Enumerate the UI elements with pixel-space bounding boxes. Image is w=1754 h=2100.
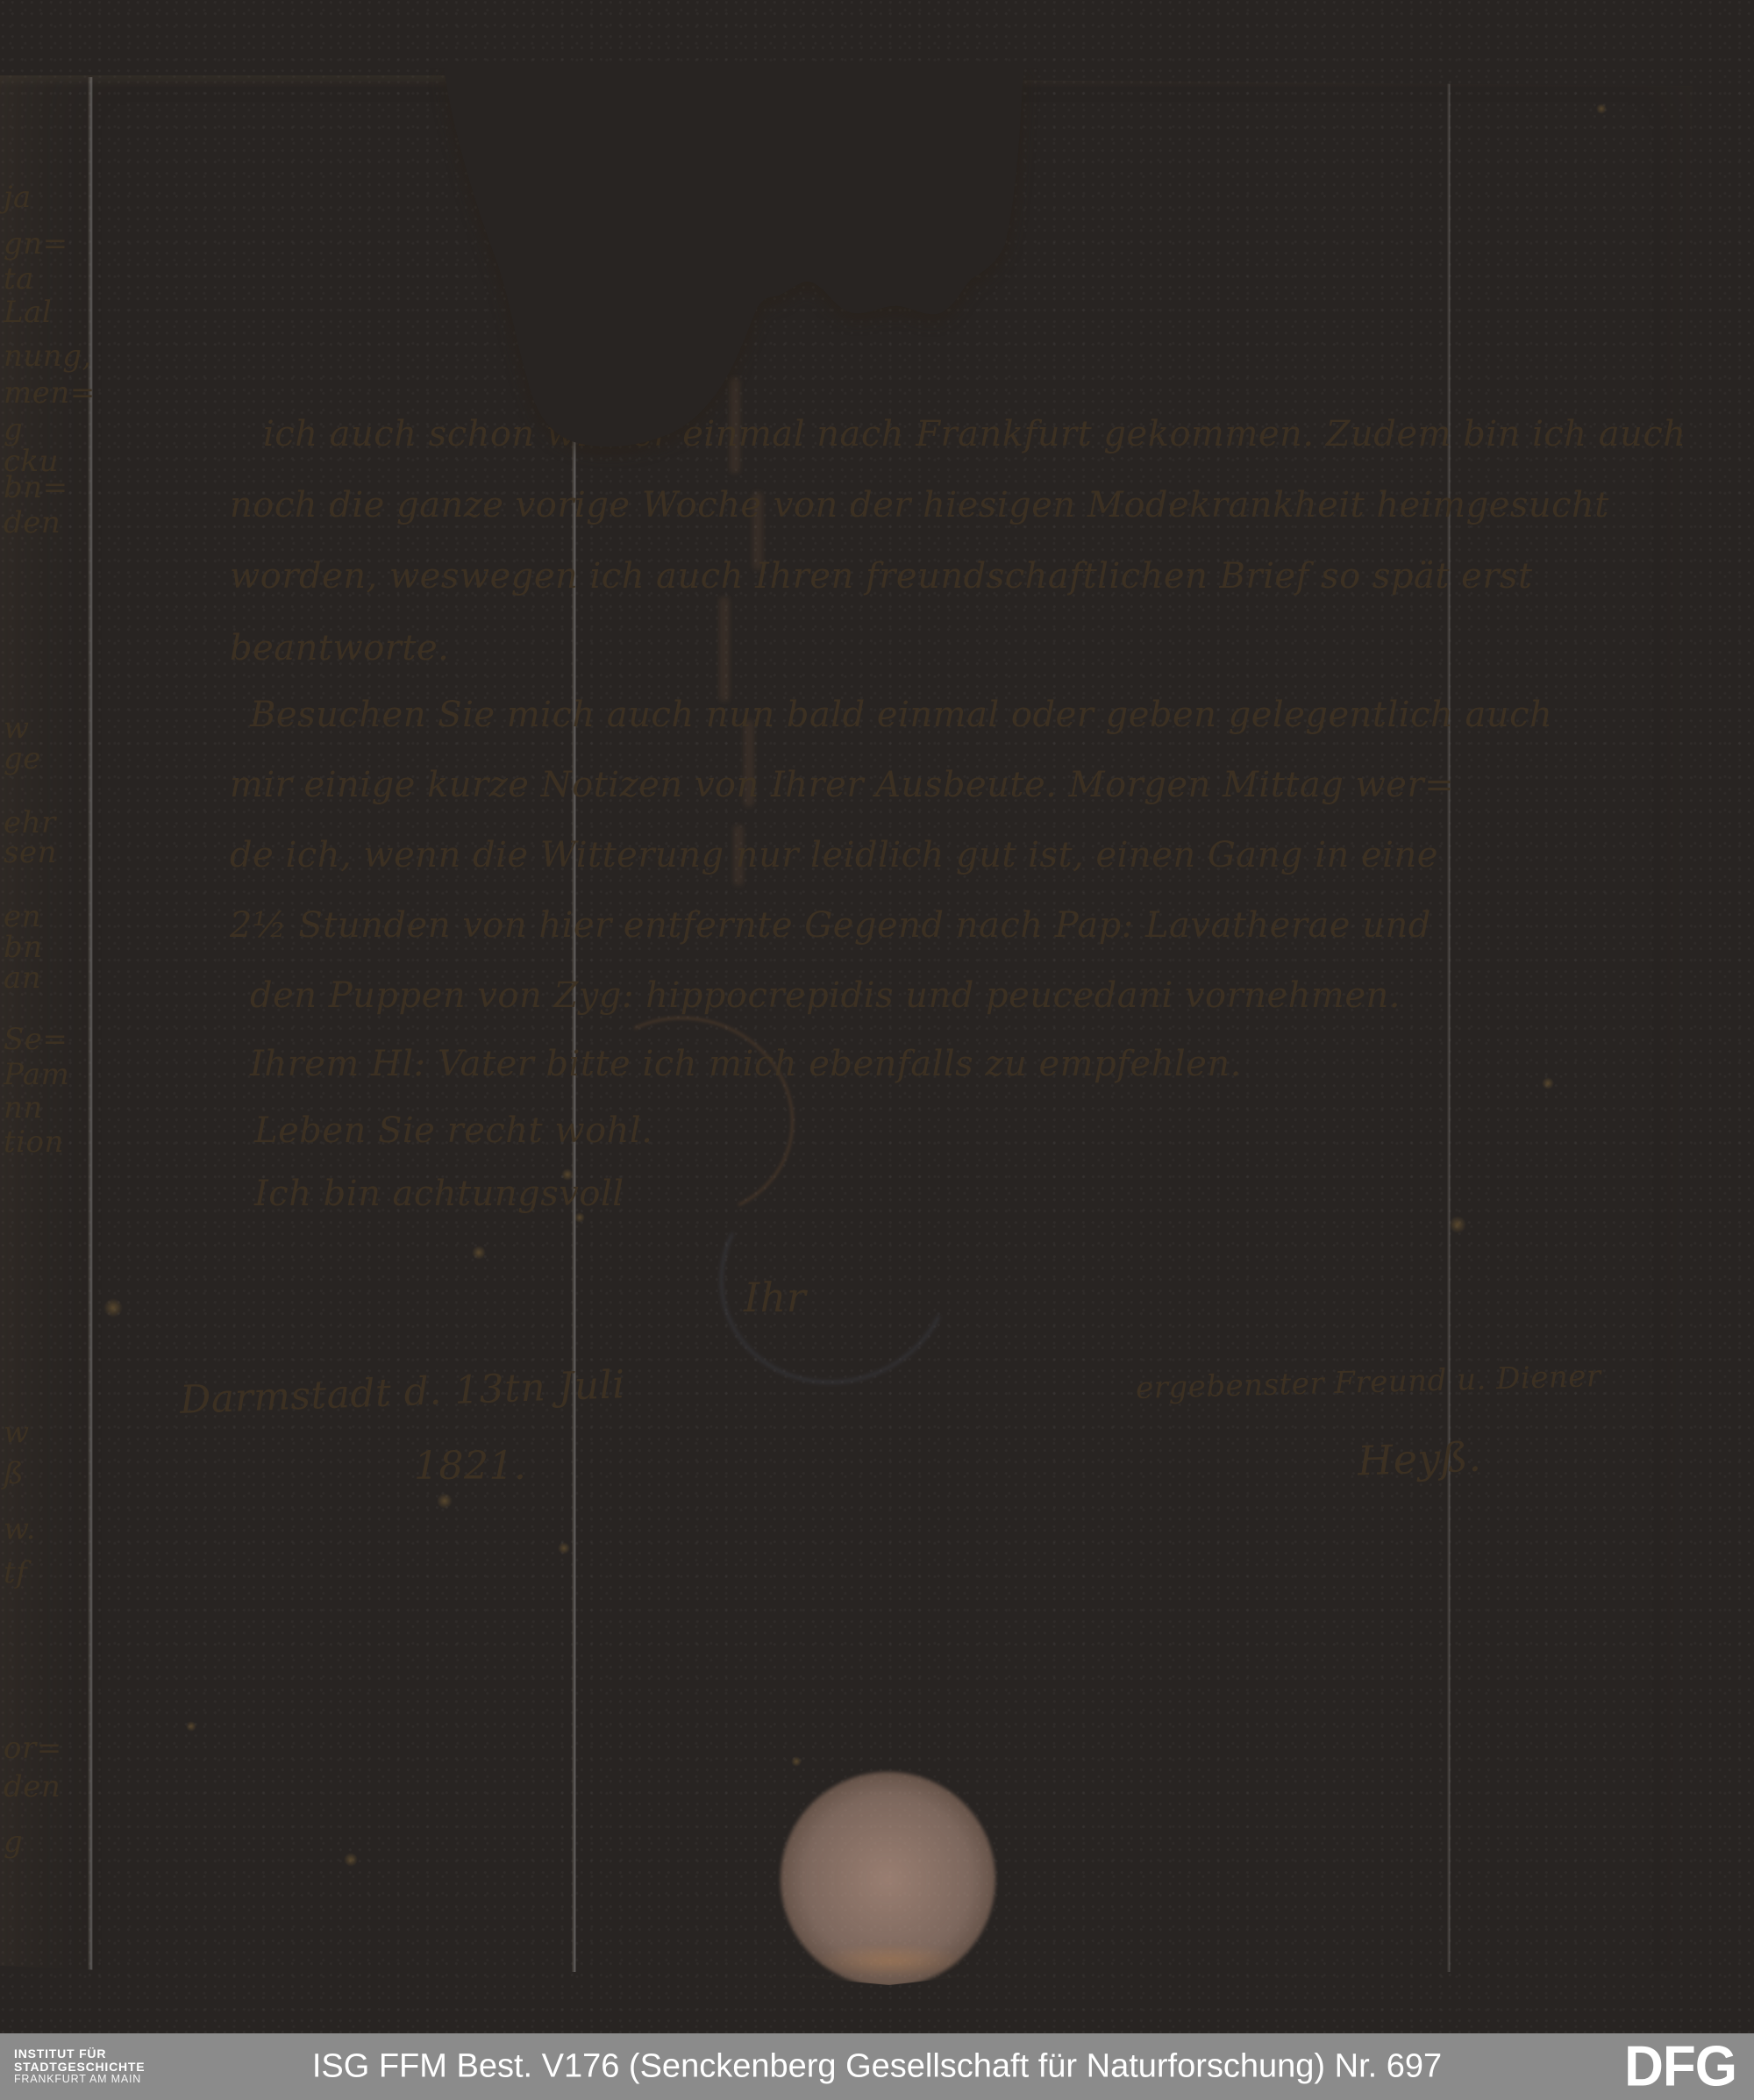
institute-line3: FRANKFURT AM MAIN: [14, 2074, 145, 2086]
dfg-logo: DFG: [1624, 2034, 1736, 2100]
foxing-spot: [186, 1721, 196, 1732]
bleedthrough-mark: [702, 263, 712, 333]
letter-line: worden, weswegen ich auch Ihren freundsc…: [230, 556, 1533, 596]
institute-line2: STADTGESCHICHTE: [14, 2061, 145, 2074]
margin-fragment: w: [4, 1415, 30, 1450]
letter-line: noch die ganze vorige Woche von der hies…: [230, 485, 1609, 525]
foxing-spot: [103, 1298, 123, 1318]
letter-line: ich auch schon wieder einmal nach Frankf…: [263, 414, 1686, 454]
margin-fragment: den: [4, 505, 61, 540]
foxing-spot: [1542, 1077, 1554, 1089]
letter-valediction: ergebenster Freund u. Diener: [1136, 1359, 1602, 1406]
margin-fragment: bn=: [4, 470, 68, 505]
margin-fragment: nn: [4, 1090, 43, 1125]
letter-page: jagn=taLalnung,men=gckubn=denwgeehrsenen…: [0, 0, 1754, 2100]
margin-fragment: tf: [4, 1555, 27, 1590]
footer-caption-bar: INSTITUT FÜR STADTGESCHICHTE FRANKFURT A…: [0, 2033, 1754, 2100]
margin-fragment: Pam: [4, 1057, 69, 1092]
margin-fragment: an: [4, 961, 41, 996]
seal-stain-edge: [816, 1943, 965, 1978]
foxing-spot: [472, 1246, 486, 1260]
margin-fragment: ß: [4, 1456, 24, 1491]
foxing-spot: [344, 1853, 358, 1867]
archival-scan-viewer: jagn=taLalnung,men=gckubn=denwgeehrsenen…: [0, 0, 1754, 2100]
margin-fragment: tion: [4, 1125, 64, 1160]
foxing-spot: [1449, 1216, 1466, 1233]
letter-line: 2½ Stunden von hier entfernte Gegend nac…: [230, 905, 1431, 946]
margin-fragment: w: [4, 711, 30, 746]
letter-place-date: Darmstadt d. 13tn Juli: [179, 1362, 625, 1423]
foxing-spot: [558, 1542, 570, 1554]
bleedthrough-mark: [719, 596, 730, 702]
margin-fragment: Lal: [4, 295, 52, 330]
institute-line1: INSTITUT FÜR: [14, 2047, 145, 2061]
margin-fragment: or=: [4, 1731, 62, 1766]
letter-line: beantworte.: [230, 628, 449, 668]
institute-logo: INSTITUT FÜR STADTGESCHICHTE FRANKFURT A…: [14, 2047, 145, 2086]
margin-fragment: Se=: [4, 1022, 68, 1057]
letter-year: 1821.: [414, 1444, 526, 1489]
margin-fragment: en: [4, 899, 41, 934]
archive-reference: ISG FFM Best. V176 (Senckenberg Gesellsc…: [312, 2048, 1442, 2086]
letter-line: Ihrem Hl: Vater bitte ich mich ebenfalls…: [250, 1044, 1242, 1084]
letter-closing-ihr: Ihr: [744, 1274, 806, 1321]
margin-fragment: gn=: [4, 226, 68, 261]
vertical-fold-line-right: [1447, 77, 1451, 1972]
letter-line: mir einige kurze Notizen von Ihrer Ausbe…: [230, 765, 1454, 805]
vertical-fold-line: [572, 77, 576, 1972]
letter-line: de ich, wenn die Witterung nur leidlich …: [230, 835, 1438, 875]
margin-fragment: ja: [4, 180, 32, 215]
margin-fragment: g: [4, 1825, 23, 1860]
paper-edge-shading: [0, 75, 1754, 1988]
margin-fragment: ta: [4, 261, 34, 296]
margin-fragment: sen: [4, 835, 57, 870]
letter-line: Besuchen Sie mich auch nun bald einmal o…: [250, 695, 1552, 735]
margin-fragment: w.: [4, 1511, 36, 1546]
foxing-spot: [437, 1493, 453, 1509]
margin-fragment: g: [4, 412, 23, 447]
letter-line: Ich bin achtungsvoll: [254, 1174, 624, 1214]
foxing-spot: [791, 1756, 802, 1767]
margin-fragment: men=: [4, 375, 96, 411]
margin-fragment: ge: [4, 741, 41, 776]
letter-line: Leben Sie recht wohl.: [254, 1111, 652, 1151]
letter-signature: Heyß.: [1357, 1433, 1482, 1485]
foxing-spot: [1596, 104, 1607, 114]
letter-line: den Puppen von Zyg: hippocrepidis und pe…: [250, 975, 1401, 1016]
margin-fragment: nung,: [4, 339, 92, 374]
margin-fragment: den: [4, 1769, 61, 1804]
margin-fragment: bn: [4, 930, 43, 965]
